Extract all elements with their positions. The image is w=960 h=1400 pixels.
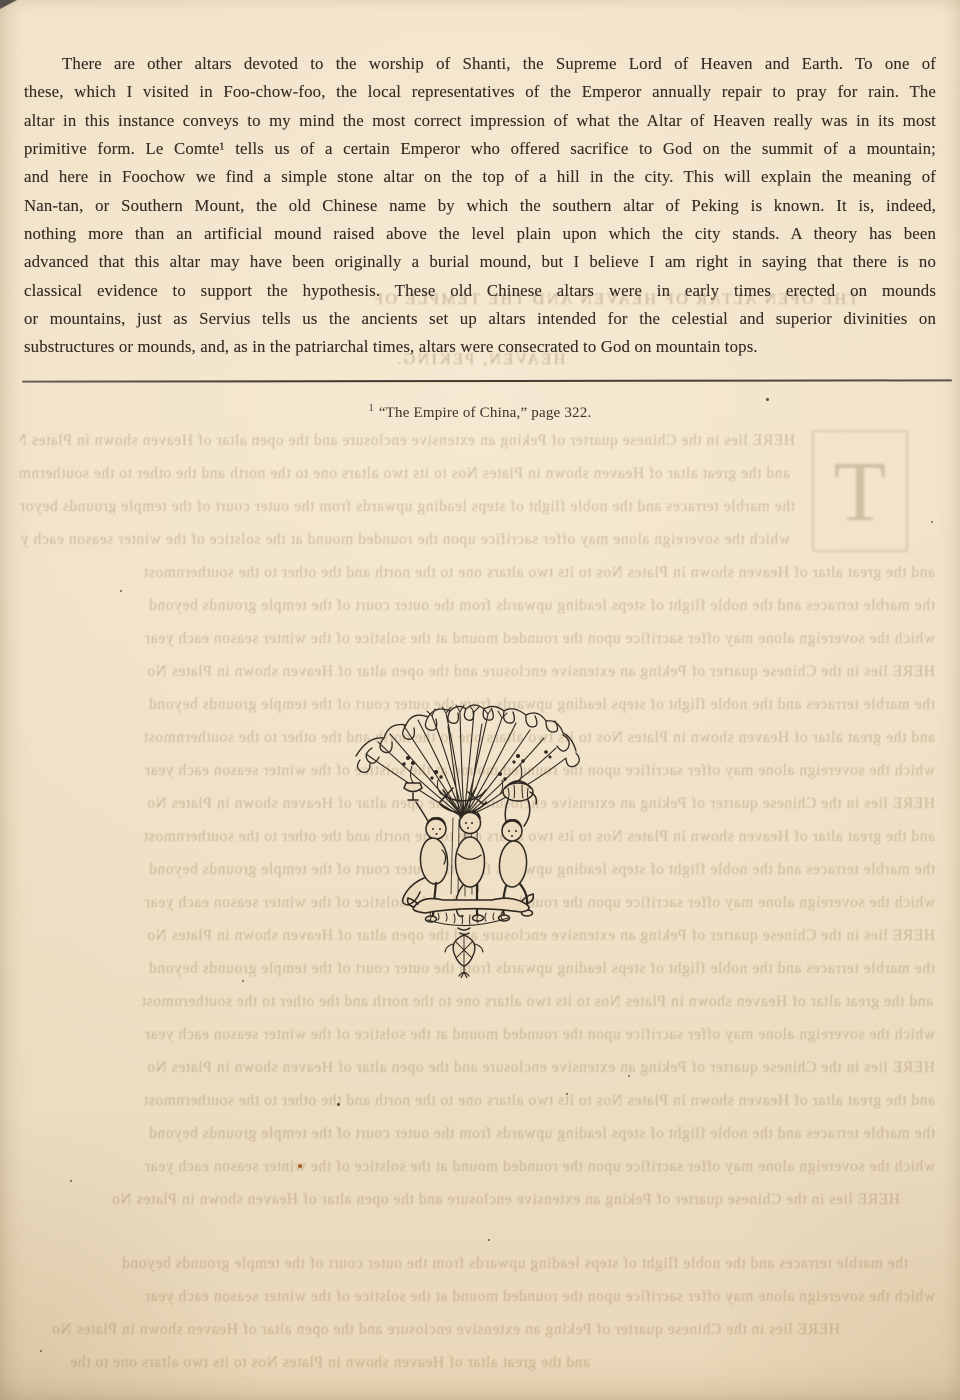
ghost-text-line: the marble terraces and the noble flight… <box>20 498 795 519</box>
paragraph-line: substructures or mounds, and, as in the … <box>24 333 936 361</box>
ghost-text-line: the marble terraces and the noble flight… <box>48 1255 908 1276</box>
paper-speck <box>566 1093 568 1095</box>
body-paragraph: There are other altars devoted to the wo… <box>24 50 936 362</box>
paper-speck <box>628 1075 630 1077</box>
ghost-text-line: which the sovereign alone may offer sacr… <box>20 531 790 552</box>
scan-corner-artifact <box>0 0 17 9</box>
ghost-text-line: the marble terraces and the noble flight… <box>20 1125 935 1146</box>
ghost-text-line: which the sovereign alone may offer sacr… <box>20 1026 935 1047</box>
paper-speck <box>766 398 769 401</box>
paper-speck <box>120 590 122 592</box>
ghost-text-line: which the sovereign alone may offer sacr… <box>20 1158 935 1179</box>
paragraph-line: There are other altars devoted to the wo… <box>24 50 936 78</box>
ghost-text-line: HERE lies in the Chinese quarter of Peki… <box>20 663 935 684</box>
ghost-text-line: HERE lies in the Chinese quarter of Peki… <box>20 1321 840 1342</box>
tailpiece-engraving-three-cherubs <box>350 692 582 978</box>
paragraph-line: or mountains, just as Servius tells us t… <box>24 305 936 333</box>
ghost-text-line: and the great altar of Heaven shown in P… <box>20 564 935 585</box>
paragraph-line: nothing more than an artificial mound ra… <box>24 220 936 248</box>
ghost-text-line: HERE lies in the Chinese quarter of Peki… <box>20 1059 935 1080</box>
paragraph-line: primitive form. Le Comte¹ tells us of a … <box>24 135 936 163</box>
footnote-text: “The Empire of China,” page 322. <box>379 405 592 421</box>
paragraph-line: Nan-tan, or Southern Mount, the old Chin… <box>24 192 936 220</box>
ghost-text-line: and the great altar of Heaven shown in P… <box>70 1354 590 1375</box>
ghost-drop-cap: T <box>812 430 908 552</box>
footnote-divider-rule <box>22 379 952 382</box>
paragraph-line: these, which I visited in Foo-chow-foo, … <box>24 78 936 106</box>
paper-speck <box>70 1180 72 1182</box>
ghost-text-line: HERE lies in the Chinese quarter of Peki… <box>20 432 795 453</box>
paper-speck <box>337 1103 340 1106</box>
paper-speck <box>40 1350 42 1352</box>
footnote-marker: 1 <box>369 403 374 414</box>
ghost-text-line: HERE lies in the Chinese quarter of Peki… <box>20 1191 900 1212</box>
paragraph-line: and here in Foochow we find a simple sto… <box>24 163 936 191</box>
paragraph-line: advanced that this altar may have been o… <box>24 248 936 276</box>
paper-speck <box>298 1164 302 1168</box>
ghost-text-line: which the sovereign alone may offer sacr… <box>20 630 935 651</box>
ghost-text-line: and the great altar of Heaven shown in P… <box>20 1092 935 1113</box>
ghost-text-line: the marble terraces and the noble flight… <box>20 597 935 618</box>
paper-speck <box>931 521 933 523</box>
ghost-text-line: and the great altar of Heaven shown in P… <box>48 993 933 1014</box>
footnote: 1“The Empire of China,” page 322. <box>0 403 960 422</box>
paragraph-line: altar in this instance conveys to my min… <box>24 107 936 135</box>
paper-speck <box>488 1239 490 1241</box>
ghost-text-line: which the sovereign alone may offer sacr… <box>20 1288 935 1309</box>
paragraph-line: classical evidence to support the hypoth… <box>24 277 936 305</box>
paper-speck <box>242 980 244 982</box>
ghost-text-line: and the great altar of Heaven shown in P… <box>20 465 790 486</box>
tailpiece-svg <box>350 692 582 978</box>
